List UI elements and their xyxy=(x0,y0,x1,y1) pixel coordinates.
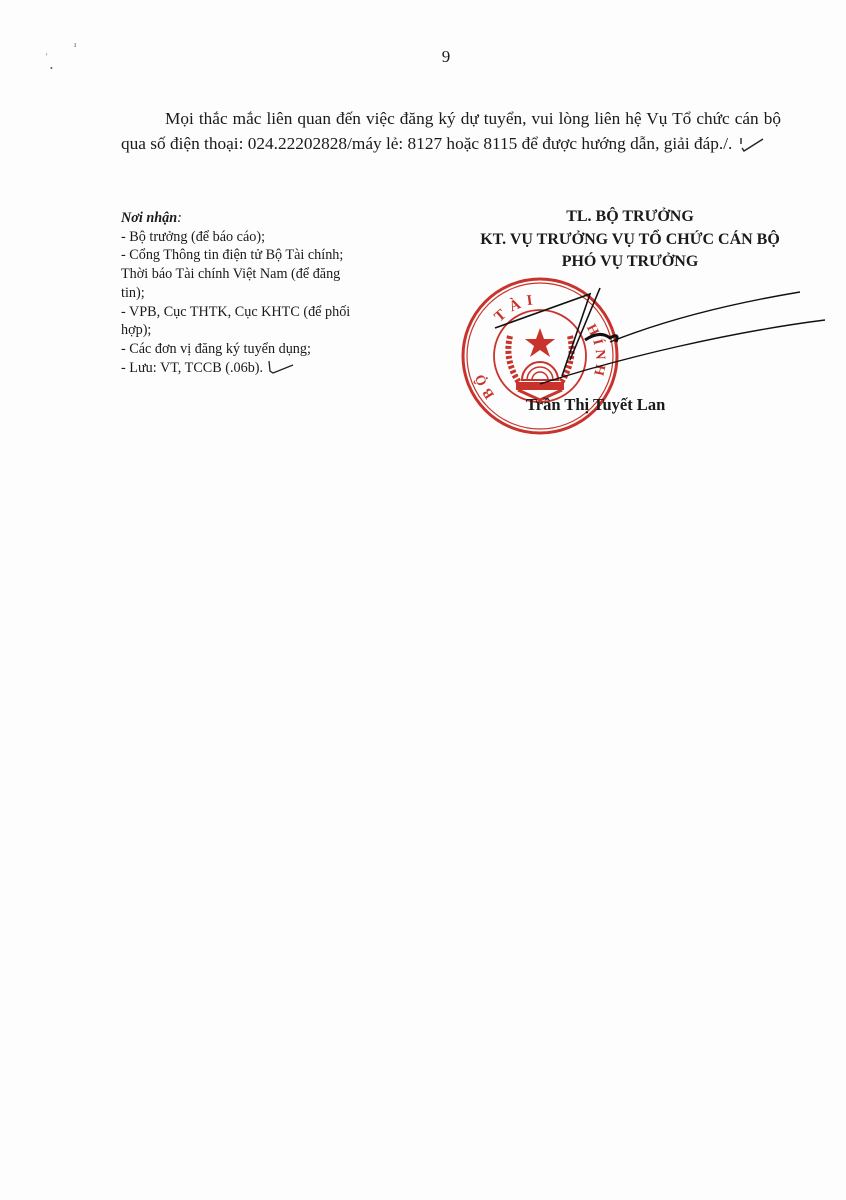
page-number: 9 xyxy=(0,47,846,67)
recipient-item: - VPB, Cục THTK, Cục KHTC (để phối hợp); xyxy=(121,303,361,340)
recipients-heading: Nơi nhận: xyxy=(121,209,361,228)
handwritten-initial-icon xyxy=(267,359,295,375)
contact-paragraph: Mọi thắc mắc liên quan đến việc đăng ký … xyxy=(121,106,781,156)
signer-name: Trần Thị Tuyết Lan xyxy=(526,395,665,415)
recipient-item: - Các đơn vị đăng ký tuyển dụng; xyxy=(121,340,361,359)
recipient-item: - Bộ trưởng (để báo cáo); xyxy=(121,228,361,247)
handwritten-signature xyxy=(470,280,830,400)
recipient-item: - Cổng Thông tin điện tử Bộ Tài chính; T… xyxy=(121,246,361,302)
signature-line-department: KT. VỤ TRƯỞNG VỤ TỔ CHỨC CÁN BỘ xyxy=(430,229,830,252)
handwritten-check-icon xyxy=(737,135,767,153)
contact-paragraph-text: Mọi thắc mắc liên quan đến việc đăng ký … xyxy=(121,109,781,153)
recipient-item: - Lưu: VT, TCCB (.06b). xyxy=(121,359,361,378)
signature-line-title: PHÓ VỤ TRƯỞNG xyxy=(430,251,830,274)
signature-line-authority: TL. BỘ TRƯỞNG xyxy=(430,206,830,229)
recipients-list: Nơi nhận: - Bộ trưởng (để báo cáo); - Cổ… xyxy=(121,209,361,377)
signature-block: TL. BỘ TRƯỞNG KT. VỤ TRƯỞNG VỤ TỔ CHỨC C… xyxy=(430,206,830,274)
